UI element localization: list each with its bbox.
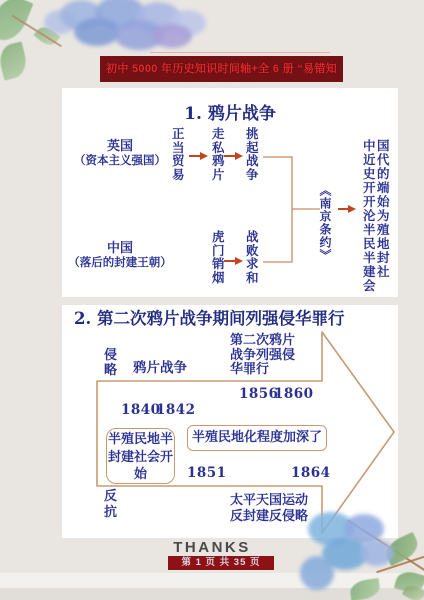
semi-colonial-start-box: 半殖民地半封建社会开始 (106, 428, 175, 484)
taiping-rebellion-label: 太平天国运动反封建反侵略 (230, 493, 314, 524)
year-1851: 1851 (187, 465, 227, 481)
page-number-badge: 第 1 页 共 35 页 (168, 556, 274, 570)
china-sublabel: （落后的封建王朝） (64, 256, 176, 269)
step-defeat-seek-peace: 战败求和 (246, 230, 261, 284)
year-1840: 1840 (121, 402, 161, 418)
outcome-text: 中国近代史的开端开始沦为半殖民地半封建社会 (363, 139, 394, 293)
flower-petal-icon (74, 18, 120, 46)
flower-petal-icon (152, 24, 192, 48)
leaf-icon (0, 41, 30, 80)
section2-title: 2. 第二次鸦片战争期间列强侵华罪行 (74, 305, 344, 329)
invasion-label: 侵略 (104, 348, 119, 378)
notes-page: 初中 5000 年历史知识时间轴+全 6 册 “易错知识” 超全总结 1. 鸦片… (0, 0, 424, 600)
step-opium-smuggling: 走私鸦片 (212, 127, 227, 181)
britain-label-block: 英国 （资本主义强国） (64, 139, 176, 167)
britain-label: 英国 (64, 139, 176, 154)
year-1860: 1860 (274, 386, 314, 402)
opium-war-label: 鸦片战争 (133, 356, 187, 376)
year-1856: 1856 (239, 386, 279, 402)
year-1864: 1864 (291, 465, 331, 481)
header-top-accent-line (150, 52, 330, 53)
step-provoke-war: 挑起战争 (246, 127, 261, 181)
section1-title: 1. 鸦片战争 (62, 99, 398, 124)
china-label-block: 中国 （落后的封建王朝） (64, 241, 176, 269)
second-opium-war-label: 第二次鸦片战争列强侵华罪行 (230, 334, 300, 378)
treaty-nanjing-label: 《南京条约》 (317, 184, 334, 258)
step-legitimate-trade: 正当贸易 (172, 127, 187, 181)
semi-colonial-deepened-box: 半殖民地化程度加深了 (187, 425, 327, 451)
resistance-label: 反抗 (104, 489, 119, 520)
step-humen-destruction: 虎门销烟 (212, 230, 227, 284)
flower-petal-icon (300, 556, 334, 590)
britain-sublabel: （资本主义强国） (64, 154, 176, 167)
flower-petal-icon (360, 540, 394, 566)
year-1842: 1842 (156, 402, 196, 418)
leaf-icon (0, 0, 33, 46)
china-label: 中国 (64, 241, 176, 256)
header-banner: 初中 5000 年历史知识时间轴+全 6 册 “易错知识” 超全总结 (100, 56, 343, 82)
